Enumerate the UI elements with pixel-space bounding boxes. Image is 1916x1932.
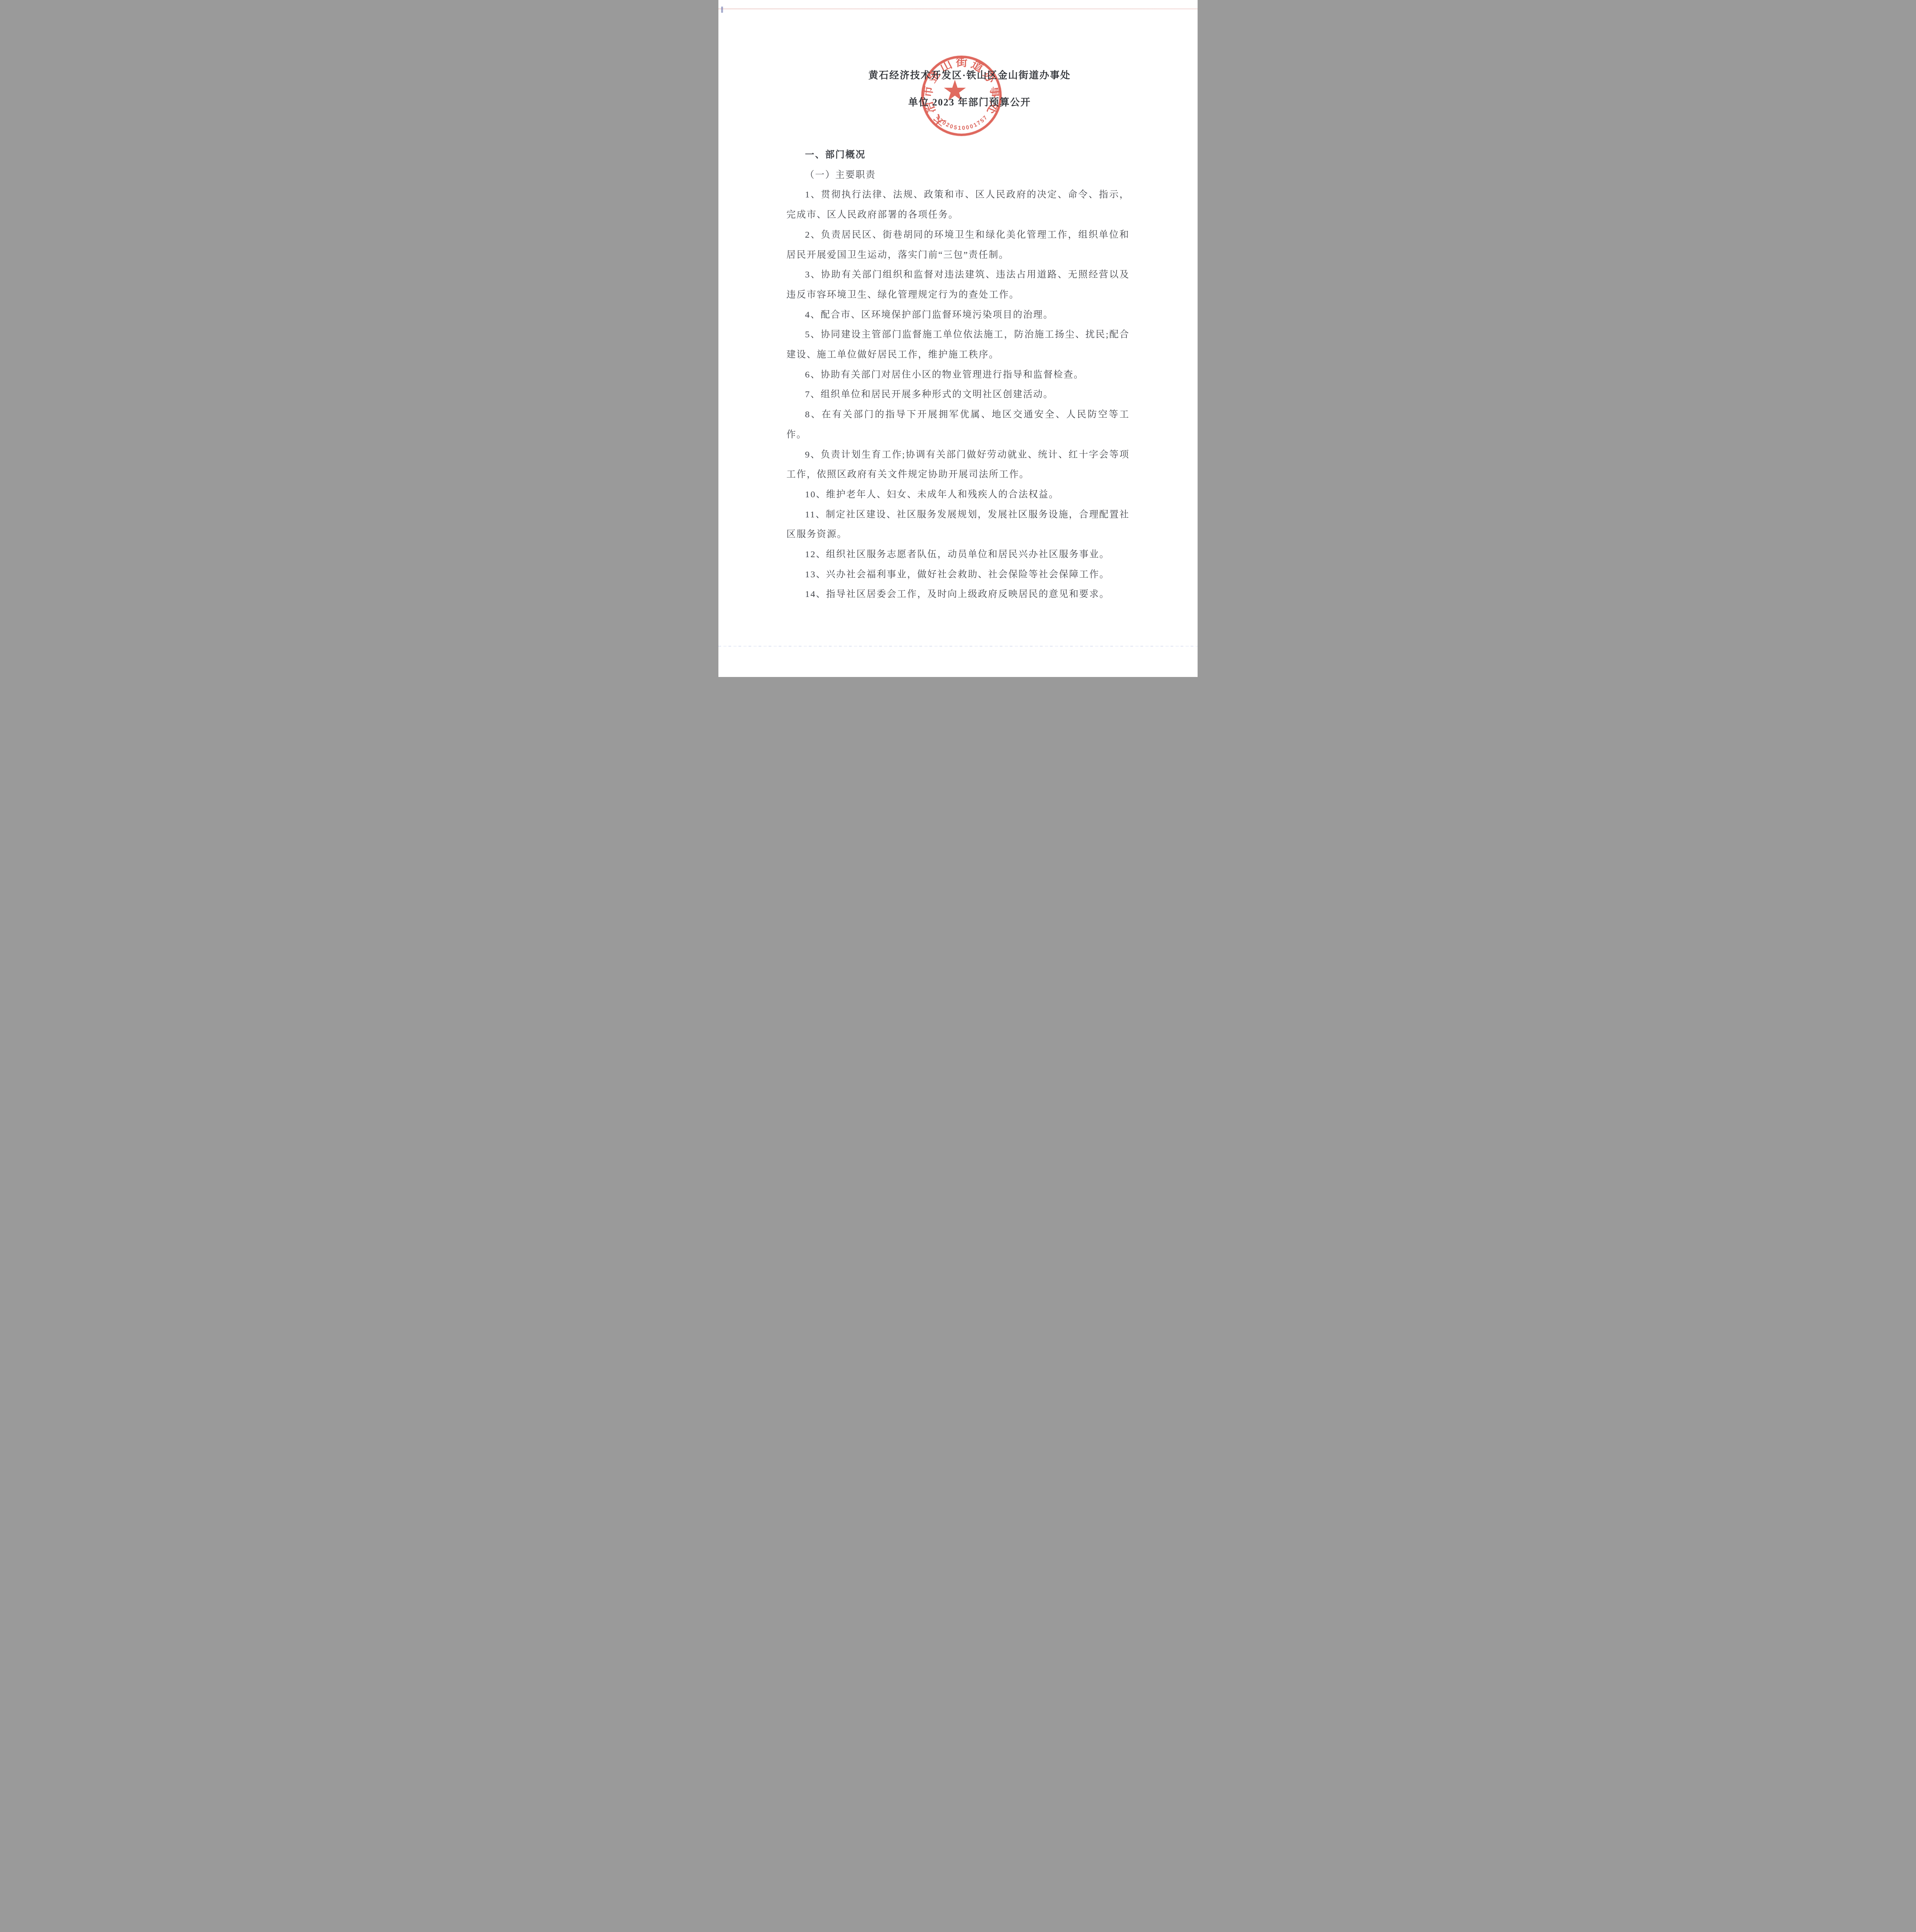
section-heading: 一、部门概况 [786,145,1130,165]
duty-item: 6、协助有关部门对居住小区的物业管理进行指导和监督检查。 [786,365,1130,385]
duty-item: 3、协助有关部门组织和监督对违法建筑、违法占用道路、无照经营以及违反市容环境卫生… [786,265,1130,305]
duty-item: 7、组织单位和居民开展多种形式的文明社区创建活动。 [786,385,1130,405]
duty-item: 9、负责计划生育工作;协调有关部门做好劳动就业、统计、红十字会等项工作，依照区政… [786,445,1130,485]
duty-item: 1、贯彻执行法律、法规、政策和市、区人民政府的决定、命令、指示，完成市、区人民政… [786,185,1130,225]
duty-item: 12、组织社区服务志愿者队伍，动员单位和居民兴办社区服务事业。 [786,545,1130,565]
duty-item: 4、配合市、区环境保护部门监督环境污染项目的治理。 [786,305,1130,325]
duty-item: 2、负责居民区、街巷胡同的环境卫生和绿化美化管理工作，组织单位和居民开展爱国卫生… [786,225,1130,265]
scan-artifact-line-bottom [718,646,1198,647]
scanned-document-page: ★ 大冶市金山街道办事处 42020510001757 黄石经济技术开发区·铁山… [718,0,1198,677]
doc-title-line1: 黄石经济技术开发区·铁山区金山街道办事处 [742,68,1198,83]
duty-item: 11、制定社区建设、社区服务发展规划，发展社区服务设施，合理配置社区服务资源。 [786,505,1130,545]
duty-item: 10、维护老年人、妇女、未成年人和残疾人的合法权益。 [786,485,1130,505]
subsection-heading: （一）主要职责 [786,165,1130,185]
scan-artifact-mark [721,7,723,13]
duty-item: 13、兴办社会福利事业，做好社会救助、社会保险等社会保障工作。 [786,565,1130,585]
doc-title-line2: 单位 2023 年部门预算公开 [742,95,1198,111]
duty-item: 14、指导社区居委会工作，及时向上级政府反映居民的意见和要求。 [786,585,1130,605]
document-body: 一、部门概况 （一）主要职责 1、贯彻执行法律、法规、政策和市、区人民政府的决定… [786,145,1130,605]
duty-item: 5、协同建设主管部门监督施工单位依法施工，防治施工扬尘、扰民;配合建设、施工单位… [786,325,1130,365]
duty-item: 8、在有关部门的指导下开展拥军优属、地区交通安全、人民防空等工作。 [786,405,1130,445]
scan-artifact-line-top [718,9,1198,9]
